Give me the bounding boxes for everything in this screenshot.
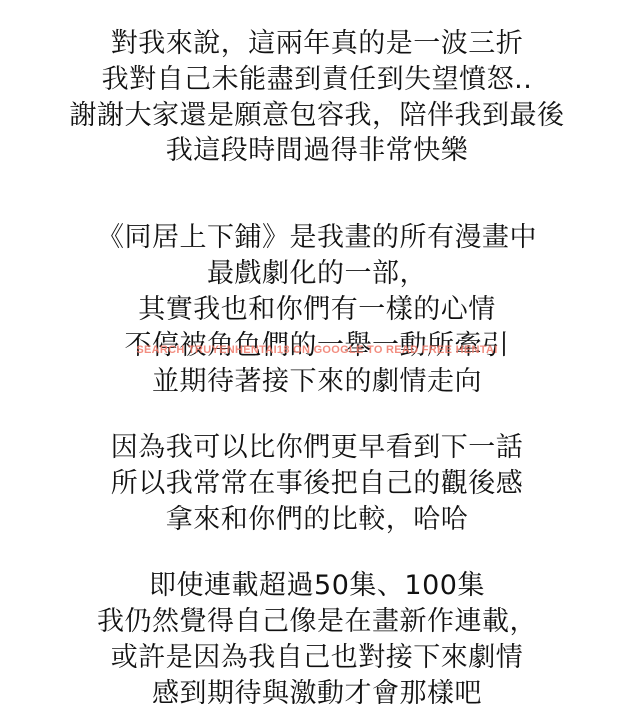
- comic-text-page: 對我來說，這兩年真的是一波三折 我對自己未能盡到責任到失望憤怒.. 謝謝大家還是…: [0, 0, 634, 704]
- text-line: 我對自己未能盡到責任到失望憤怒..: [0, 62, 634, 97]
- text-line: 謝謝大家還是願意包容我，陪伴我到最後: [0, 98, 634, 133]
- text-line: 拿來和你們的比較，哈哈: [0, 502, 634, 537]
- text-line: 感到期待與激動才會那樣吧: [0, 676, 634, 704]
- text-line: 或許是因為我自己也對接下來劇情: [0, 640, 634, 675]
- text-line: 對我來說，這兩年真的是一波三折: [0, 26, 634, 61]
- text-line: 其實我也和你們有一樣的心情: [0, 292, 634, 327]
- text-line: 我仍然覺得自己像是在畫新作連載，: [0, 604, 634, 639]
- watermark: SEARCH TRUYENHENTAI18 ON GOOGLE TO READ …: [0, 343, 634, 357]
- text-line: 所以我常常在事後把自己的觀後感: [0, 466, 634, 501]
- text-line: 因為我可以比你們更早看到下一話: [0, 430, 634, 465]
- text-line: 最戲劇化的一部，: [0, 256, 634, 291]
- text-line: 《同居上下鋪》是我畫的所有漫畫中: [0, 220, 634, 255]
- text-line: 並期待著接下來的劇情走向: [0, 364, 634, 399]
- text-line: 即使連載超過50集、100集: [0, 568, 634, 603]
- text-line: 我這段時間過得非常快樂: [0, 133, 634, 168]
